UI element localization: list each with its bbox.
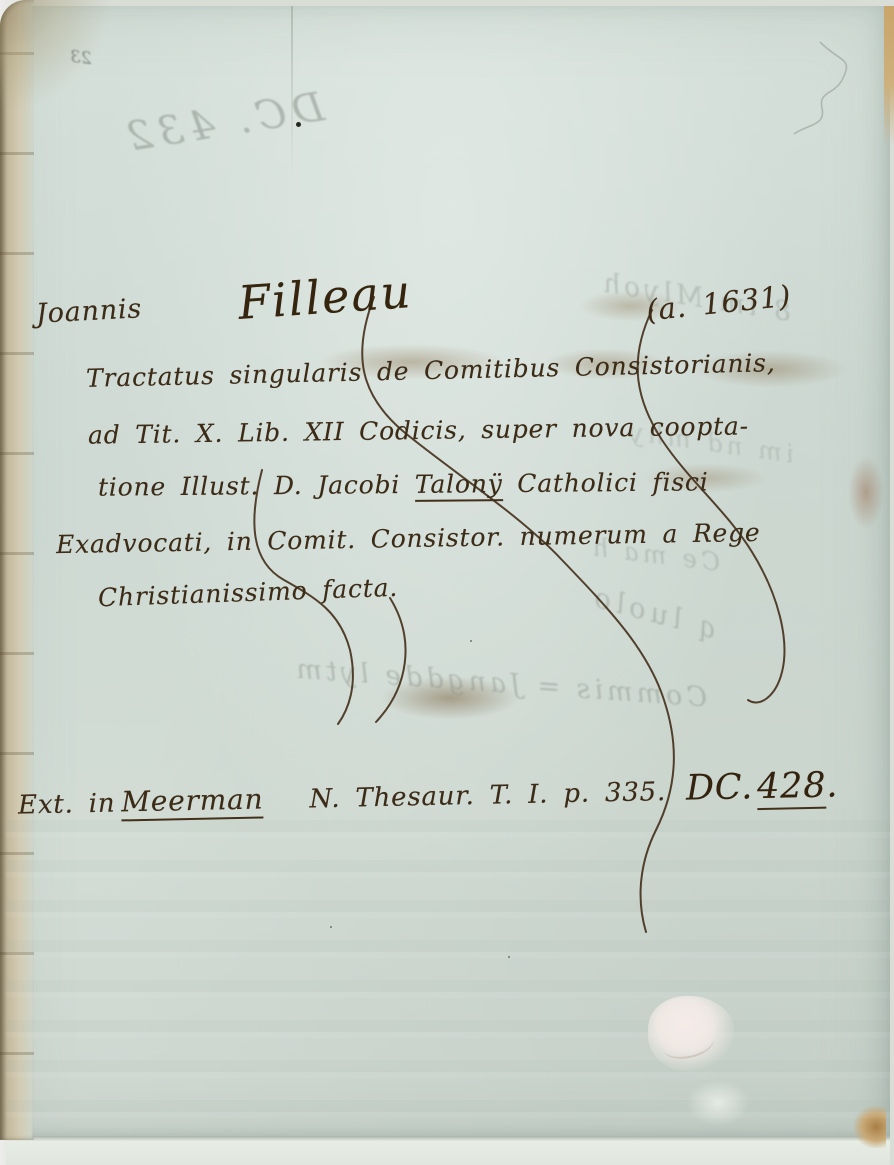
- pencil-squiggle: [794, 42, 847, 134]
- shelfmark-prefix: DC.: [686, 767, 754, 808]
- shelfmark-period: .: [826, 765, 839, 805]
- reference-source-meerman: Meerman: [121, 782, 264, 821]
- reference-prefix: Ext. in: [18, 789, 116, 821]
- reference-citation: N. Thesaur. T. I. p. 335.: [309, 777, 666, 814]
- title-line-3-pre: tione Illust. D. Jacobi: [98, 470, 415, 502]
- author-first-name: Joannis: [35, 293, 143, 330]
- underlined-name-talony: Talonÿ: [415, 469, 503, 502]
- shelfmark-number: 428: [757, 766, 827, 810]
- title-line-3-post: Catholici fisci: [502, 467, 708, 498]
- manuscript-photo: 23 DC. 432 8 im Mlyoh im nd mhy Ce ma h …: [0, 0, 894, 1165]
- title-line-3: tione Illust. D. Jacobi Talonÿ Catholici…: [98, 467, 709, 501]
